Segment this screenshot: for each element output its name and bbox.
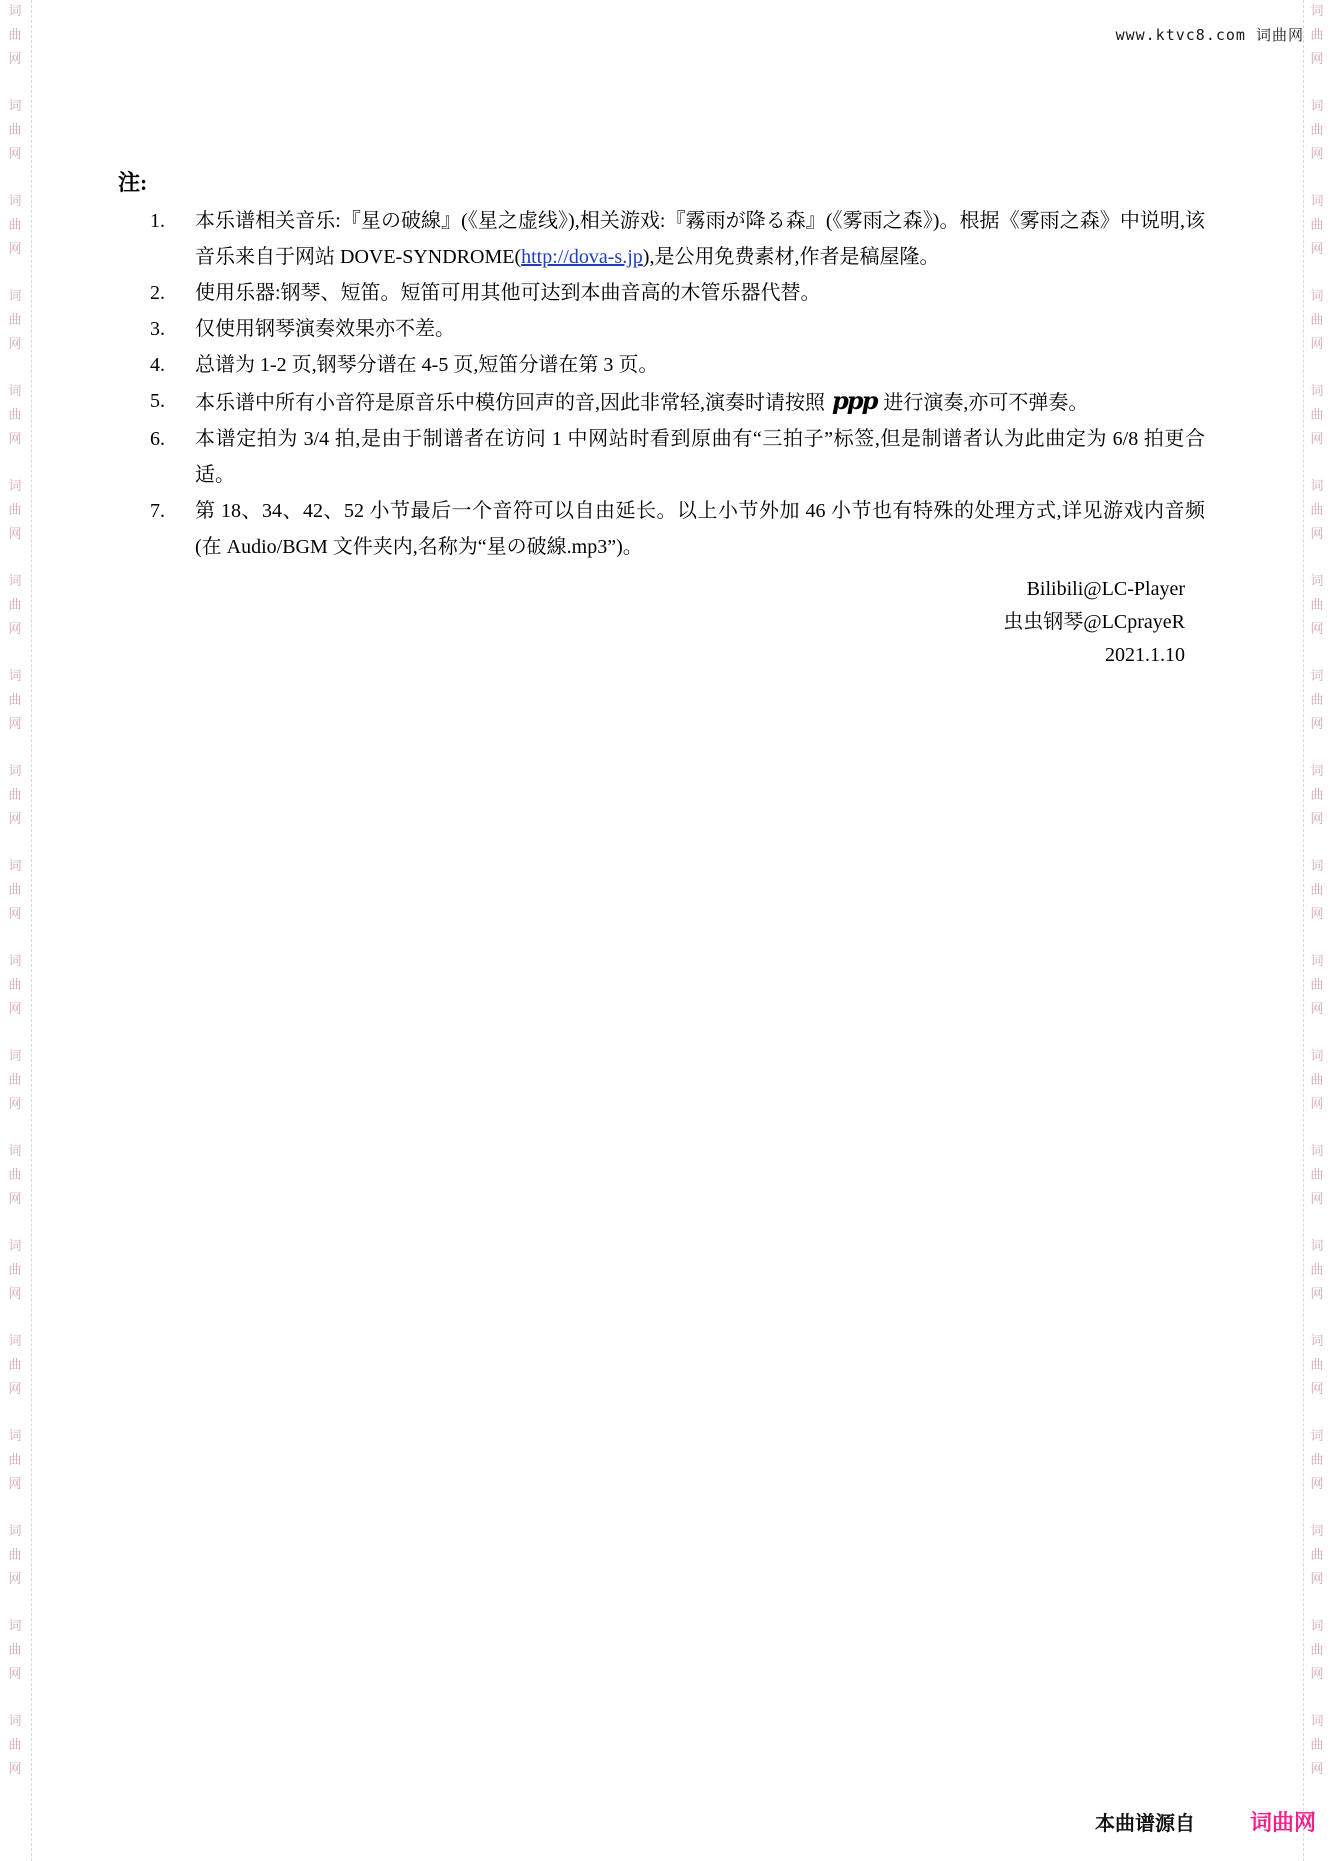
note-number: 3. (118, 311, 195, 347)
attribution-date: 2021.1.10 (118, 639, 1185, 672)
note-text: 仅使用钢琴演奏效果亦不差。 (195, 311, 1205, 347)
watermark-char: 曲 (8, 313, 21, 326)
footer-source-label: 本曲谱源自 (1095, 1807, 1195, 1836)
watermark-char: 网 (1310, 432, 1323, 445)
watermark-char: 词 (8, 1429, 21, 1442)
watermark-char: 曲 (8, 883, 21, 896)
footer-source: 本曲谱源自 词曲网 (1095, 1806, 1316, 1837)
watermark-char: 曲 (8, 123, 21, 136)
watermark-char: 词 (1310, 194, 1323, 207)
note-number: 1. (118, 203, 195, 239)
note-number: 5. (118, 383, 195, 419)
watermark-char: 网 (8, 1762, 21, 1775)
watermark-char: 词 (8, 859, 21, 872)
watermark-char: 网 (1310, 242, 1323, 255)
watermark-char: 网 (8, 907, 21, 920)
watermark-column-left: 词曲网词曲网词曲网词曲网词曲网词曲网词曲网词曲网词曲网词曲网词曲网词曲网词曲网词… (2, 0, 28, 1861)
watermark-char: 网 (8, 432, 21, 445)
watermark-char: 曲 (1310, 693, 1323, 706)
watermark-char: 词 (1310, 479, 1323, 492)
watermark-char: 网 (8, 52, 21, 65)
watermark-char: 词 (8, 1239, 21, 1252)
watermark-char: 词 (8, 1144, 21, 1157)
watermark-char: 网 (8, 527, 21, 540)
watermark-char: 网 (1310, 1477, 1323, 1490)
note-text: 使用乐器:钢琴、短笛。短笛可用其他可达到本曲音高的木管乐器代替。 (195, 275, 1205, 311)
watermark-char: 词 (8, 1334, 21, 1347)
note-item-1: 1.本乐谱相关音乐:『星の破線』(《星之虚线》),相关游戏:『霧雨が降る森』(《… (118, 203, 1205, 275)
watermark-char: 网 (1310, 52, 1323, 65)
watermark-char: 词 (1310, 4, 1323, 17)
watermark-char: 曲 (1310, 598, 1323, 611)
note-number: 7. (118, 493, 195, 529)
watermark-column-right: 词曲网词曲网词曲网词曲网词曲网词曲网词曲网词曲网词曲网词曲网词曲网词曲网词曲网词… (1306, 0, 1328, 1861)
watermark-char: 曲 (1310, 408, 1323, 421)
note-number: 4. (118, 347, 195, 383)
watermark-char: 词 (1310, 384, 1323, 397)
watermark-char: 词 (8, 99, 21, 112)
attribution-uploader: Bilibili@LC-Player (118, 573, 1185, 606)
watermark-char: 曲 (1310, 1358, 1323, 1371)
watermark-char: 曲 (1310, 1453, 1323, 1466)
watermark-char: 词 (8, 764, 21, 777)
watermark-char: 网 (8, 812, 21, 825)
watermark-char: 曲 (8, 1643, 21, 1656)
watermark-char: 词 (1310, 1714, 1323, 1727)
watermark-char: 词 (1310, 1239, 1323, 1252)
watermark-char: 网 (8, 1477, 21, 1490)
note-item-7: 7.第 18、34、42、52 小节最后一个音符可以自由延长。以上小节外加 46… (118, 493, 1205, 565)
note-text: 本谱定拍为 3/4 拍,是由于制谱者在访问 1 中网站时看到原曲有“三拍子”标签… (195, 421, 1205, 493)
note-number: 2. (118, 275, 195, 311)
watermark-char: 曲 (1310, 978, 1323, 991)
watermark-char: 曲 (8, 693, 21, 706)
note-item-6: 6.本谱定拍为 3/4 拍,是由于制谱者在访问 1 中网站时看到原曲有“三拍子”… (118, 421, 1205, 493)
note-item-5: 5.本乐谱中所有小音符是原音乐中模仿回声的音,因此非常轻,演奏时请按照 ppp … (118, 383, 1205, 421)
watermark-char: 网 (1310, 1667, 1323, 1680)
watermark-char: 词 (1310, 1619, 1323, 1632)
watermark-char: 曲 (8, 788, 21, 801)
watermark-char: 曲 (8, 1738, 21, 1751)
watermark-char: 网 (1310, 1002, 1323, 1015)
watermark-char: 网 (1310, 1762, 1323, 1775)
watermark-char: 曲 (8, 1263, 21, 1276)
note-item-2: 2.使用乐器:钢琴、短笛。短笛可用其他可达到本曲音高的木管乐器代替。 (118, 275, 1205, 311)
watermark-char: 网 (8, 147, 21, 160)
watermark-char: 网 (1310, 812, 1323, 825)
watermark-char: 网 (8, 1002, 21, 1015)
watermark-char: 词 (1310, 954, 1323, 967)
watermark-char: 词 (8, 479, 21, 492)
watermark-char: 网 (8, 337, 21, 350)
site-url-watermark: www.ktvc8.com 词曲网 (1116, 24, 1304, 45)
watermark-char: 曲 (8, 598, 21, 611)
watermark-char: 曲 (1310, 218, 1323, 231)
watermark-char: 网 (8, 242, 21, 255)
watermark-char: 词 (1310, 99, 1323, 112)
notes-heading: 注: (118, 168, 1205, 198)
watermark-char: 词 (8, 1524, 21, 1537)
watermark-char: 曲 (8, 1453, 21, 1466)
watermark-char: 网 (1310, 147, 1323, 160)
watermark-char: 曲 (1310, 123, 1323, 136)
watermark-char: 网 (8, 1287, 21, 1300)
watermark-char: 网 (1310, 527, 1323, 540)
watermark-char: 网 (1310, 622, 1323, 635)
watermark-char: 词 (1310, 669, 1323, 682)
watermark-char: 网 (1310, 1287, 1323, 1300)
note-text: 第 18、34、42、52 小节最后一个音符可以自由延长。以上小节外加 46 小… (195, 493, 1205, 565)
watermark-char: 词 (8, 1619, 21, 1632)
watermark-char: 网 (1310, 1192, 1323, 1205)
watermark-char: 曲 (8, 1073, 21, 1086)
note-text: 本乐谱中所有小音符是原音乐中模仿回声的音,因此非常轻,演奏时请按照 ppp 进行… (195, 383, 1205, 421)
dova-syndrome-link[interactable]: http://dova-s.jp (521, 246, 643, 268)
watermark-char: 词 (8, 574, 21, 587)
watermark-char: 词 (1310, 1524, 1323, 1537)
watermark-char: 曲 (1310, 788, 1323, 801)
watermark-char: 词 (8, 289, 21, 302)
notes-list: 1.本乐谱相关音乐:『星の破線』(《星之虚线》),相关游戏:『霧雨が降る森』(《… (118, 203, 1205, 565)
notes-content: 注: 1.本乐谱相关音乐:『星の破線』(《星之虚线》),相关游戏:『霧雨が降る森… (118, 168, 1205, 672)
watermark-char: 网 (1310, 1572, 1323, 1585)
attribution-block: Bilibili@LC-Player 虫虫钢琴@LCprayeR 2021.1.… (118, 573, 1205, 672)
watermark-char: 词 (1310, 1144, 1323, 1157)
watermark-char: 词 (1310, 574, 1323, 587)
watermark-char: 词 (1310, 764, 1323, 777)
watermark-char: 词 (1310, 289, 1323, 302)
watermark-char: 曲 (1310, 28, 1323, 41)
attribution-transcriber: 虫虫钢琴@LCprayeR (118, 606, 1185, 639)
watermark-char: 网 (8, 717, 21, 730)
watermark-char: 网 (1310, 1382, 1323, 1395)
watermark-char: 曲 (8, 1168, 21, 1181)
watermark-char: 曲 (1310, 1643, 1323, 1656)
ppp-dynamics-marking: ppp (830, 386, 878, 415)
note-text: 总谱为 1-2 页,钢琴分谱在 4-5 页,短笛分谱在第 3 页。 (195, 347, 1205, 383)
watermark-char: 网 (1310, 1097, 1323, 1110)
watermark-char: 网 (1310, 717, 1323, 730)
watermark-char: 词 (1310, 1334, 1323, 1347)
watermark-char: 曲 (1310, 1073, 1323, 1086)
watermark-char: 词 (8, 1714, 21, 1727)
note-item-3: 3.仅使用钢琴演奏效果亦不差。 (118, 311, 1205, 347)
watermark-char: 网 (8, 1572, 21, 1585)
note-item-4: 4.总谱为 1-2 页,钢琴分谱在 4-5 页,短笛分谱在第 3 页。 (118, 347, 1205, 383)
watermark-char: 曲 (8, 28, 21, 41)
watermark-char: 网 (1310, 907, 1323, 920)
watermark-char: 词 (8, 384, 21, 397)
watermark-char: 曲 (1310, 1738, 1323, 1751)
footer-site-name: 词曲网 (1250, 1806, 1316, 1837)
watermark-char: 词 (8, 1049, 21, 1062)
watermark-char: 词 (8, 4, 21, 17)
watermark-char: 词 (1310, 1049, 1323, 1062)
watermark-char: 曲 (8, 1358, 21, 1371)
watermark-char: 网 (8, 1097, 21, 1110)
watermark-char: 词 (1310, 1429, 1323, 1442)
watermark-char: 词 (1310, 859, 1323, 872)
watermark-char: 曲 (8, 218, 21, 231)
watermark-char: 网 (8, 1192, 21, 1205)
watermark-char: 曲 (8, 503, 21, 516)
watermark-char: 网 (8, 1667, 21, 1680)
watermark-char: 曲 (8, 978, 21, 991)
note-text: 本乐谱相关音乐:『星の破線』(《星之虚线》),相关游戏:『霧雨が降る森』(《雾雨… (195, 203, 1205, 275)
watermark-char: 曲 (1310, 1263, 1323, 1276)
watermark-char: 曲 (1310, 883, 1323, 896)
watermark-char: 曲 (8, 1548, 21, 1561)
watermark-char: 词 (8, 194, 21, 207)
watermark-char: 曲 (1310, 1548, 1323, 1561)
watermark-char: 网 (8, 622, 21, 635)
watermark-char: 词 (8, 954, 21, 967)
watermark-char: 曲 (1310, 1168, 1323, 1181)
watermark-char: 网 (1310, 337, 1323, 350)
left-dashed-divider (31, 0, 32, 1861)
watermark-char: 曲 (8, 408, 21, 421)
right-dashed-divider (1303, 0, 1304, 1861)
note-number: 6. (118, 421, 195, 457)
watermark-char: 曲 (1310, 313, 1323, 326)
watermark-char: 曲 (1310, 503, 1323, 516)
watermark-char: 词 (8, 669, 21, 682)
watermark-char: 网 (8, 1382, 21, 1395)
